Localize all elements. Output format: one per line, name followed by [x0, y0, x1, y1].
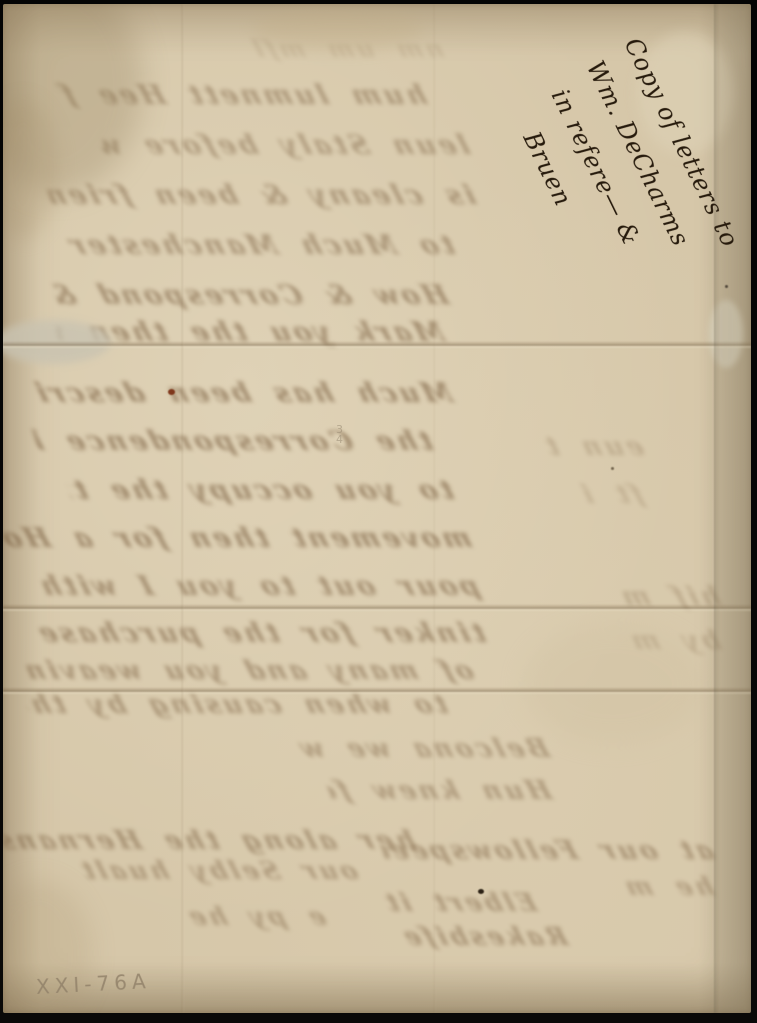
bleedthrough-line: Belcona we with the depart fort	[292, 734, 554, 764]
bleedthrough-line: hif m	[593, 582, 725, 612]
bleedthrough-line: How & Correspond & watt for	[51, 280, 453, 311]
right-edge-scuff	[709, 300, 743, 368]
vertical-crease	[717, 4, 720, 1013]
bleedthrough-line: hum lumnett Hee fur kcay	[53, 80, 431, 111]
ink-inscription: Copy of letters toWm. DeCharmsin refere—…	[493, 30, 751, 313]
bleedthrough-line: pour out to you I with my but	[22, 571, 484, 602]
dark-speck	[725, 285, 728, 288]
bleedthrough-line: e py he	[68, 902, 329, 931]
bleedthrough-line: by m	[593, 626, 725, 656]
small-pencil-mark: 34	[336, 425, 343, 445]
mid-right-haze	[523, 624, 703, 744]
bleedthrough-line: to when causing by that refined	[22, 690, 452, 720]
bleedthrough-line: to you occupy the trifle the U.S.	[64, 475, 458, 506]
bleedthrough-line: our Selby hualt	[56, 856, 361, 885]
left-mid-smudge	[3, 99, 58, 239]
horizontal-fold-crease	[3, 341, 751, 349]
catalog-number-pencil: XXI-76A	[35, 969, 151, 999]
bleedthrough-line: Elbert it	[381, 888, 540, 917]
bleedthrough-line: the Correspondence here updated	[31, 426, 437, 457]
bleedthrough-line: of many and you weaving tonight	[22, 656, 478, 686]
letter-paper: nm um mflhum lumnett Hee fur kcayleun St…	[3, 4, 751, 1013]
bleedthrough-line: leun Staly before when t	[96, 130, 474, 161]
center-top-stain	[253, 8, 423, 50]
bleedthrough-line: Mark you the then with much	[51, 317, 449, 348]
horizontal-fold-crease	[3, 687, 751, 695]
bleedthrough-line: is cleany & been friends & then	[44, 180, 480, 211]
page-edge-band	[714, 4, 751, 1013]
bleedthrough-line: to Much Manchester repeatedly	[51, 230, 459, 261]
bleedthrough-line: nm um mfl	[178, 34, 447, 63]
vertical-crease	[433, 4, 436, 1013]
top-left-shadow	[3, 4, 143, 194]
bleedthrough-line: Much has been described a that	[31, 378, 457, 409]
worn-left-fold	[3, 320, 111, 364]
dark-speck-2	[611, 467, 614, 470]
bleedthrough-line: her along the Hernans out fell	[3, 826, 420, 856]
scan-canvas: nm um mflhum lumnett Hee fur kcayleun St…	[0, 0, 757, 1023]
bleedthrough-line: ft i	[526, 480, 648, 510]
bleedthrough-line: at our Fellowspeed he	[378, 836, 718, 866]
bleedthrough-line: Rakesbife	[374, 922, 571, 951]
bleedthrough-line: eun t	[516, 432, 648, 462]
black-dot	[478, 889, 484, 894]
vertical-crease	[181, 4, 184, 1013]
horizontal-fold-crease	[3, 604, 751, 612]
bleedthrough-line: movement then for a How at Haven	[3, 523, 476, 554]
bleedthrough-line: Hun knew for it Hilbert	[324, 776, 556, 806]
bleedthrough-line: tinker for the purchase of happiness	[22, 618, 490, 649]
bleedthrough-line: he m	[596, 872, 717, 901]
red-ink-dot	[168, 389, 175, 395]
